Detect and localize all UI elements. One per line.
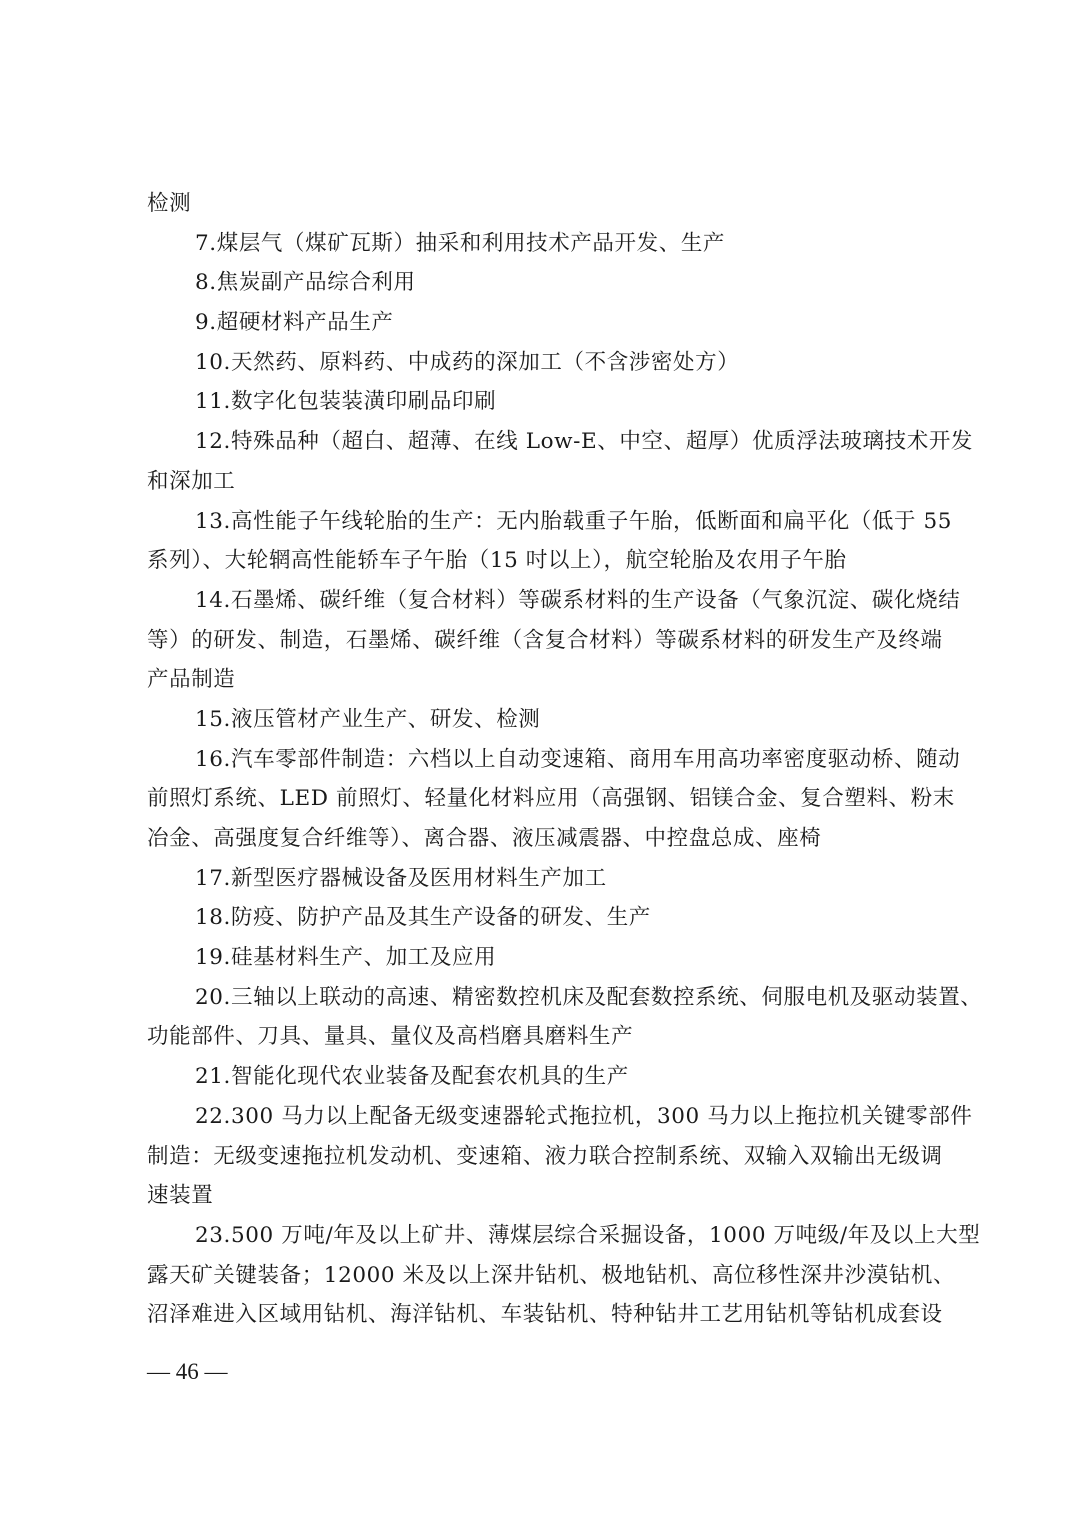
text-line: 9.超硬材料产品生产	[147, 303, 931, 343]
text-line: 17.新型医疗器械设备及医用材料生产加工	[147, 859, 931, 899]
text-line: 13.高性能子午线轮胎的生产：无内胎载重子午胎，低断面和扁平化（低于 55	[147, 502, 931, 542]
text-line: 16.汽车零部件制造：六档以上自动变速箱、商用车用高功率密度驱动桥、随动	[147, 740, 931, 780]
text-line: 速装置	[147, 1176, 931, 1216]
text-line: 前照灯系统、LED 前照灯、轻量化材料应用（高强钢、铝镁合金、复合塑料、粉末	[147, 779, 931, 819]
text-line: 制造：无级变速拖拉机发动机、变速箱、液力联合控制系统、双输入双输出无级调	[147, 1137, 931, 1177]
text-line: 系列）、大轮辋高性能轿车子午胎（15 吋以上），航空轮胎及农用子午胎	[147, 541, 931, 581]
text-line: 检测	[147, 184, 931, 224]
text-line: 23.500 万吨/年及以上矿井、薄煤层综合采掘设备，1000 万吨级/年及以上…	[147, 1216, 931, 1256]
text-line: 15.液压管材产业生产、研发、检测	[147, 700, 931, 740]
text-line: 19.硅基材料生产、加工及应用	[147, 938, 931, 978]
text-line: 14.石墨烯、碳纤维（复合材料）等碳系材料的生产设备（气象沉淀、碳化烧结	[147, 581, 931, 621]
text-line: 8.焦炭副产品综合利用	[147, 263, 931, 303]
text-line: 21.智能化现代农业装备及配套农机具的生产	[147, 1057, 931, 1097]
text-line: 等）的研发、制造，石墨烯、碳纤维（含复合材料）等碳系材料的研发生产及终端	[147, 621, 931, 661]
text-line: 12.特殊品种（超白、超薄、在线 Low-E、中空、超厚）优质浮法玻璃技术开发	[147, 422, 931, 462]
text-line: 10.天然药、原料药、中成药的深加工（不含涉密处方）	[147, 343, 931, 383]
text-line: 露天矿关键装备；12000 米及以上深井钻机、极地钻机、高位移性深井沙漠钻机、	[147, 1256, 931, 1296]
text-line: 18.防疫、防护产品及其生产设备的研发、生产	[147, 898, 931, 938]
page-number: — 46 —	[147, 1356, 228, 1388]
text-line: 11.数字化包装装潢印刷品印刷	[147, 382, 931, 422]
text-line: 冶金、高强度复合纤维等）、离合器、液压减震器、中控盘总成、座椅	[147, 819, 931, 859]
text-line: 功能部件、刀具、量具、量仪及高档磨具磨料生产	[147, 1017, 931, 1057]
text-line: 和深加工	[147, 462, 931, 502]
text-line: 沼泽难进入区域用钻机、海洋钻机、车装钻机、特种钻井工艺用钻机等钻机成套设	[147, 1295, 931, 1335]
text-line: 7.煤层气（煤矿瓦斯）抽采和利用技术产品开发、生产	[147, 224, 931, 264]
text-line: 20.三轴以上联动的高速、精密数控机床及配套数控系统、伺服电机及驱动装置、	[147, 978, 931, 1018]
text-line: 22.300 马力以上配备无级变速器轮式拖拉机，300 马力以上拖拉机关键零部件	[147, 1097, 931, 1137]
document-body: 检测7.煤层气（煤矿瓦斯）抽采和利用技术产品开发、生产8.焦炭副产品综合利用9.…	[147, 184, 931, 1335]
text-line: 产品制造	[147, 660, 931, 700]
